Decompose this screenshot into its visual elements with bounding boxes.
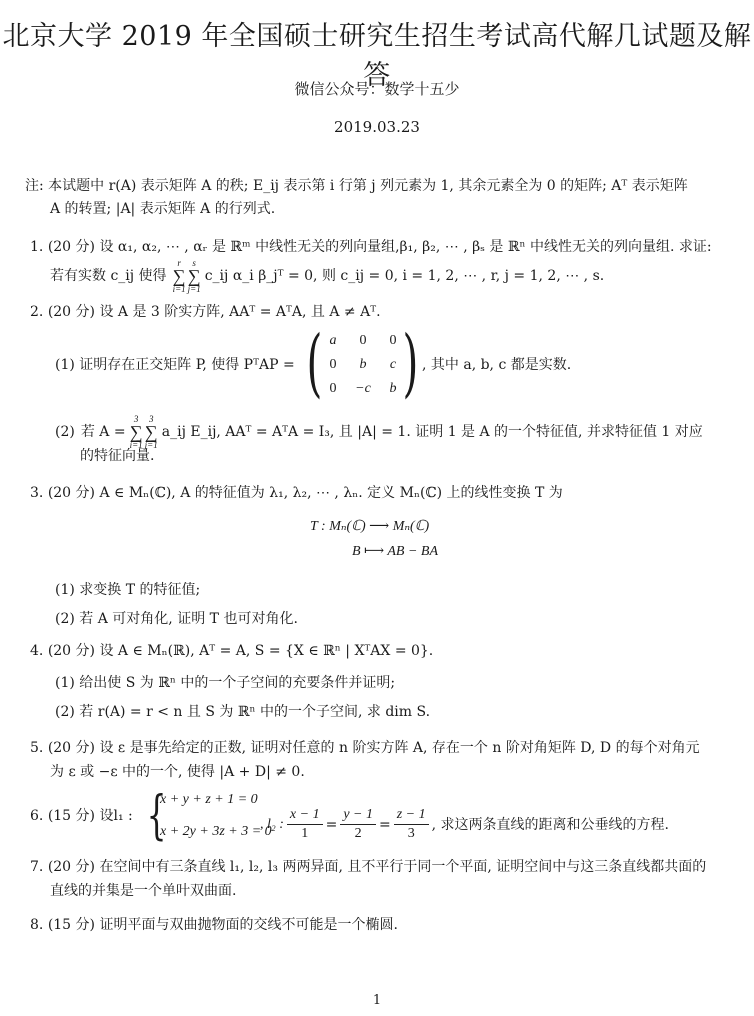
problem-points: (20 分): [48, 239, 95, 255]
display-equation-1: T : Mₙ(ℂ) ⟶ Mₙ(ℂ): [310, 517, 429, 537]
system-equation-1: x + y + z + 1 = 0: [160, 790, 258, 810]
problem-text: 设 α₁, α₂, ⋯ , αᵣ 是 ℝᵐ 中线性无关的列向量组,β₁, β₂,…: [99, 239, 711, 255]
summation-i: 3 ∑ i=1: [130, 414, 143, 450]
problem-text: 设 A 是 3 阶实方阵, AAᵀ = AᵀA, 且 A ≠ Aᵀ.: [99, 304, 380, 320]
part-text: 若 A =: [81, 422, 126, 442]
part-text: 求变换 T 的特征值;: [79, 582, 200, 598]
part-text: 给出使 S 为 ℝⁿ 中的一个子空间的充要条件并证明;: [79, 675, 395, 691]
problem-points: (15 分): [48, 917, 95, 933]
problem-number: 3.: [30, 485, 43, 501]
problem-number: 2.: [30, 304, 43, 320]
problem-points: (20 分): [48, 485, 95, 501]
part-label: (2): [55, 704, 75, 720]
fraction-z: z − 1 3: [394, 806, 429, 843]
problem-text: 直线的并集是一个单叶双曲面.: [50, 881, 236, 901]
summation-j: 3 ∑ j=1: [145, 414, 158, 450]
system-equation-2: x + 2y + 3z + 3 = 0: [160, 822, 272, 842]
problem-number: 6.: [30, 808, 43, 824]
part-label: (1): [55, 357, 75, 373]
problem-points: (20 分): [48, 859, 95, 875]
problem-text: 设 A ∈ Mₙ(ℝ), Aᵀ = A, S = {X ∈ ℝⁿ | XᵀAX …: [99, 643, 433, 659]
note-line-1: 注: 本试题中 r(A) 表示矩阵 A 的秩; E_ij 表示第 i 行第 j …: [25, 176, 688, 196]
problem-number: 4.: [30, 643, 43, 659]
problem-points: (20 分): [48, 643, 95, 659]
part-text: 的特征向量.: [80, 446, 154, 466]
problem-text: 为 ε 或 −ε 中的一个, 使得 |A + D| ≠ 0.: [50, 762, 305, 782]
summation-j: s ∑ j=1: [188, 258, 201, 294]
part-text: 若 A 可对角化, 证明 T 也可对角化.: [79, 611, 298, 627]
fraction-y: y − 1 2: [340, 806, 376, 843]
matrix-PtAP: ( ) a 0 0 0 b c 0 −c b: [308, 328, 418, 404]
problem-text: A ∈ Mₙ(ℂ), A 的特征值为 λ₁, λ₂, ⋯ , λₙ. 定义 Mₙ…: [99, 485, 562, 501]
problem-text: , 求这两条直线的距离和公垂线的方程.: [432, 815, 669, 835]
part-label: (1): [55, 675, 75, 691]
summation-i: r ∑ i=1: [173, 258, 186, 294]
exam-page: 北京大学 2019 年全国硕士研究生招生考试高代解几试题及解答 微信公众号：数学…: [0, 0, 754, 1016]
line-l2-label: , l₂ :: [260, 815, 284, 835]
part-text: a_ij E_ij, AAᵀ = AᵀA = I₃, 且 |A| = 1. 证明…: [162, 422, 703, 442]
problem-text: 在空间中有三条直线 l₁, l₂, l₃ 两两异面, 且不平行于同一个平面, 证…: [99, 859, 706, 875]
problem-number: 8.: [30, 917, 43, 933]
part-label: (1): [55, 582, 75, 598]
problem-number: 7.: [30, 859, 43, 875]
wechat-account: 微信公众号：数学十五少: [0, 78, 754, 99]
problem-text: c_ij α_i β_jᵀ = 0, 则 c_ij = 0, i = 1, 2,…: [205, 266, 605, 286]
part-text: 证明存在正交矩阵 P, 使得 PᵀAP =: [79, 357, 294, 373]
part-text: 若 r(A) = r < n 且 S 为 ℝⁿ 中的一个子空间, 求 dim S…: [79, 704, 430, 720]
problem-text: 设l₁ :: [99, 808, 132, 824]
fraction-x: x − 1 1: [287, 806, 323, 843]
problem-points: (20 分): [48, 740, 95, 756]
problem-number: 5.: [30, 740, 43, 756]
problem-points: (20 分): [48, 304, 95, 320]
part-label: (2): [55, 611, 75, 627]
problem-text: 设 ε 是事先给定的正数, 证明对任意的 n 阶实方阵 A, 存在一个 n 阶对…: [99, 740, 699, 756]
display-equation-2: B ⟼ AB − BA: [352, 542, 438, 562]
problem-text: 证明平面与双曲抛物面的交线不可能是一个椭圆.: [99, 917, 397, 933]
part-text: , 其中 a, b, c 都是实数.: [422, 355, 571, 375]
note-line-2: A 的转置; |A| 表示矩阵 A 的行列式.: [50, 199, 275, 219]
problem-number: 1.: [30, 239, 43, 255]
exam-date: 2019.03.23: [0, 118, 754, 136]
problem-points: (15 分): [48, 808, 95, 824]
page-number: 1: [0, 993, 754, 1008]
part-label: (2): [55, 422, 75, 442]
problem-text: 若有实数 c_ij 使得: [50, 266, 167, 286]
